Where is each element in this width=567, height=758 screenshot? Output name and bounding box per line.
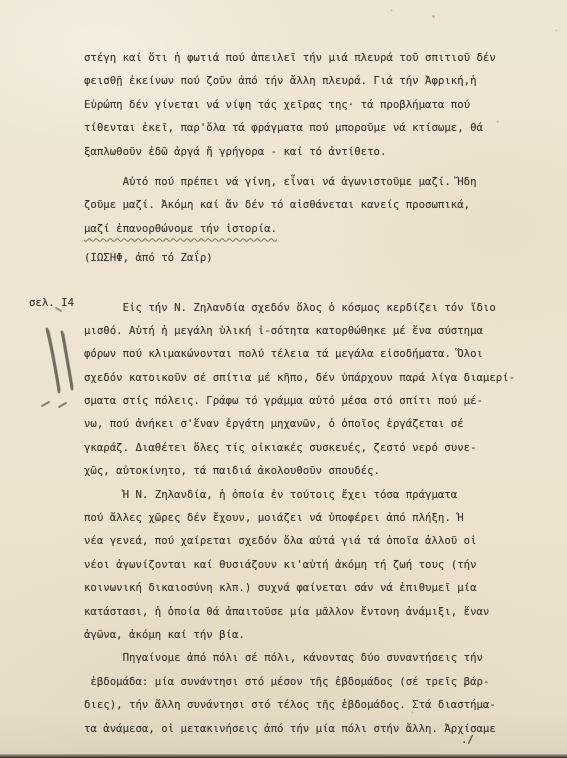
- paragraph: Εἰς τήν Ν. Ζηλανδία σχεδόν ὅλος ὁ κόσμος…: [84, 296, 544, 483]
- text-line: κοινωνική δικαιοσύνη κλπ.) συχνά φαίνετα…: [84, 576, 544, 599]
- paragraph: Αὐτό πού πρέπει νά γίνη, εἶναι νά ἀγωνισ…: [84, 170, 544, 240]
- text-line: σχεδόν κατοικοῦν σέ σπίτια μέ κῆπο, δέν …: [84, 366, 544, 389]
- text-line: κατάστασι, ἡ ὁποία θά ἀπαιτοῦσε μία μᾶλλ…: [84, 600, 544, 623]
- text-line: μισθό. Αὐτή ἡ μεγάλη ὑλική ἰ-σότητα κατο…: [84, 319, 544, 342]
- text-line: Αὐτό πού πρέπει νά γίνη, εἶναι νά ἀγωνισ…: [84, 170, 544, 193]
- paragraph: στέγη καί ὅτι ἡ φωτιά πού ἀπειλεῖ τήν μι…: [84, 46, 544, 163]
- paragraph: Πηγαίνομε ἀπό πόλι σέ πόλι, κάνοντας δύο…: [84, 646, 544, 740]
- text-line: σματα στίς πόλεις. Γράφω τό γράμμα αὐτό …: [84, 389, 544, 412]
- text-line: (ΙΩΣΗΦ, ἀπό τό Ζαΐρ): [84, 246, 544, 269]
- end-of-page-mark: ./: [461, 733, 474, 746]
- text-line: νω, πού ἀνήκει σ'ἕναν ἐργάτη μηχανῶν, ὁ …: [84, 412, 544, 435]
- text-line: ἑβδομάδα: μία συνάντησι στό μέσον τῆς ἑβ…: [84, 670, 544, 693]
- text-line: διες), τήν ἄλλη συνάντησι στό τέλος τῆς …: [84, 693, 544, 716]
- paragraph: Ἡ Ν. Ζηλανδία, ἡ ὁποία ἐν τούτοις ἔχει τ…: [84, 483, 544, 647]
- text-line: στέγη καί ὅτι ἡ φωτιά πού ἀπειλεῖ τήν μι…: [84, 46, 544, 69]
- text-line: μαζί ἐπανορθώνομε τήν ἱστορία.: [84, 217, 544, 240]
- text-line: πού ἄλλες χῶρες δέν ἔχουν, μοιάζει νά ὑπ…: [84, 506, 544, 529]
- text-line: ἀγῶνα, ἀκόμη καί τήν βία.: [84, 623, 544, 646]
- document-text: στέγη καί ὅτι ἡ φωτιά πού ἀπειλεῖ τήν μι…: [84, 46, 544, 740]
- text-line: Εἰς τήν Ν. Ζηλανδία σχεδόν ὅλος ὁ κόσμος…: [84, 296, 544, 319]
- text-line: νέοι ἀγωνίζονται καί θυσιάζουν κι'αὐτή ἀ…: [84, 553, 544, 576]
- paragraph: (ΙΩΣΗΦ, ἀπό τό Ζαΐρ): [84, 246, 544, 269]
- text-line: νέα γενεά, πού χαίρεται σχεδόν ὅλα αὐτά …: [84, 529, 544, 552]
- text-line: Ἡ Ν. Ζηλανδία, ἡ ὁποία ἐν τούτοις ἔχει τ…: [84, 483, 544, 506]
- text-line: φεισθῇ ἐκείνων πού ζοῦν ἀπό τήν ἄλλη πλε…: [84, 69, 544, 92]
- text-line: Εὐρώπη δέν γίνεται νά νίψη τάς χεῖρας τη…: [84, 93, 544, 116]
- scanned-typewritten-page: σελ. Ι4 στέγη καί ὅτι ἡ φωτιά πού ἀπειλε…: [0, 0, 567, 758]
- text-line: ζοῦμε μαζί. Ἀκόμη καί ἄν δέν τό αἰσθάνετ…: [84, 193, 544, 216]
- scan-noise-specks: [0, 0, 1, 1]
- text-line: ξαπλωθοῦν ἐδῶ ἀργά ἤ γρήγορα - καί τό ἀν…: [84, 140, 544, 163]
- scan-edge-artifact: [0, 754, 567, 758]
- text-line: φόρων πού κλιμακώνονται πολύ τέλεια τά μ…: [84, 342, 544, 365]
- text-line: χῶς, αὐτοκίνητο, τά παιδιά ἀκολουθοῦν σπ…: [84, 459, 544, 482]
- text-line: τίθενται ἐκεῖ, παρ'ὅλα τά φράγματα πού μ…: [84, 116, 544, 139]
- text-line: Πηγαίνομε ἀπό πόλι σέ πόλι, κάνοντας δύο…: [84, 646, 544, 669]
- text-line: γκαράζ. Διαθέτει ὅλες τίς οἰκιακές συσκε…: [84, 436, 544, 459]
- text-line: τα ἀνάμεσα, οἱ μετακινήσεις ἀπό τήν μία …: [84, 717, 544, 740]
